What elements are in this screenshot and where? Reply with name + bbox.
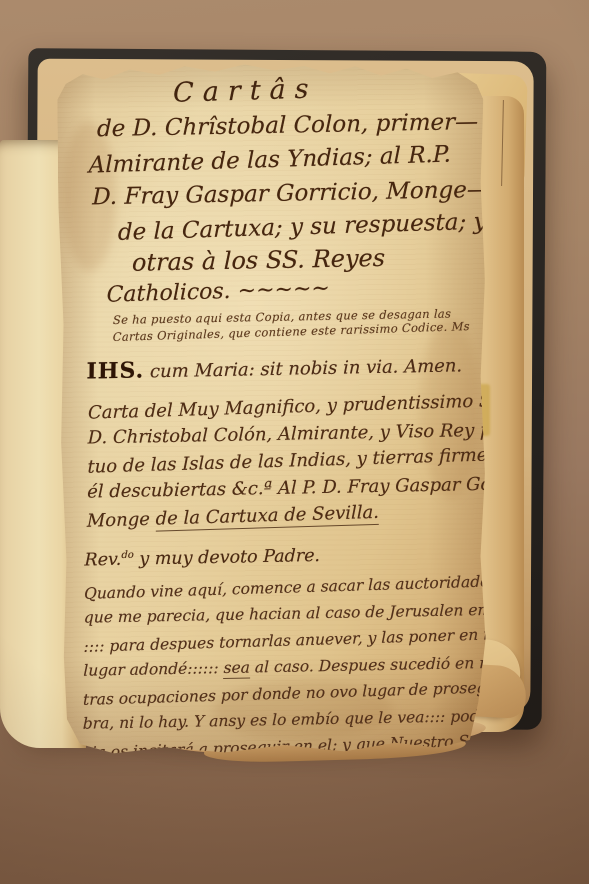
salutation-line: Rev.do y muy devoto Padre. — [84, 534, 466, 575]
invocation-text: cum Maria: sit nobis in via. Amen. — [144, 355, 462, 382]
salutation-abbr: Rev. — [84, 550, 121, 571]
ihs-monogram: IHS. — [86, 357, 144, 384]
under-page-rule — [501, 100, 504, 186]
body-underlined: sea — [223, 659, 250, 680]
manuscript-text: Cartâs de D. Chrîstobal Colon, primer— A… — [56, 55, 489, 758]
salutation-superscript: do — [121, 550, 134, 561]
heading-underlined: de la Cartuxa de Sevilla. — [156, 502, 379, 532]
title-line: otras à los SS. Reyes — [87, 242, 429, 280]
body-prefix: lugar adondé:::::: — [83, 659, 224, 680]
salutation-rest: y muy devoto Padre. — [134, 546, 321, 570]
invocation-line: IHS. cum Maria: sit nobis in via. Amen. — [86, 349, 468, 388]
heading-prefix: Monge — [87, 509, 156, 532]
manuscript-page: Cartâs de D. Chrîstobal Colon, primer— A… — [57, 58, 489, 754]
photo-scene: men: uila Se y v: a Ea ibra. nu xru ione… — [0, 0, 589, 884]
body-suffix: al caso. Despues sucedió en my o- — [250, 654, 523, 677]
